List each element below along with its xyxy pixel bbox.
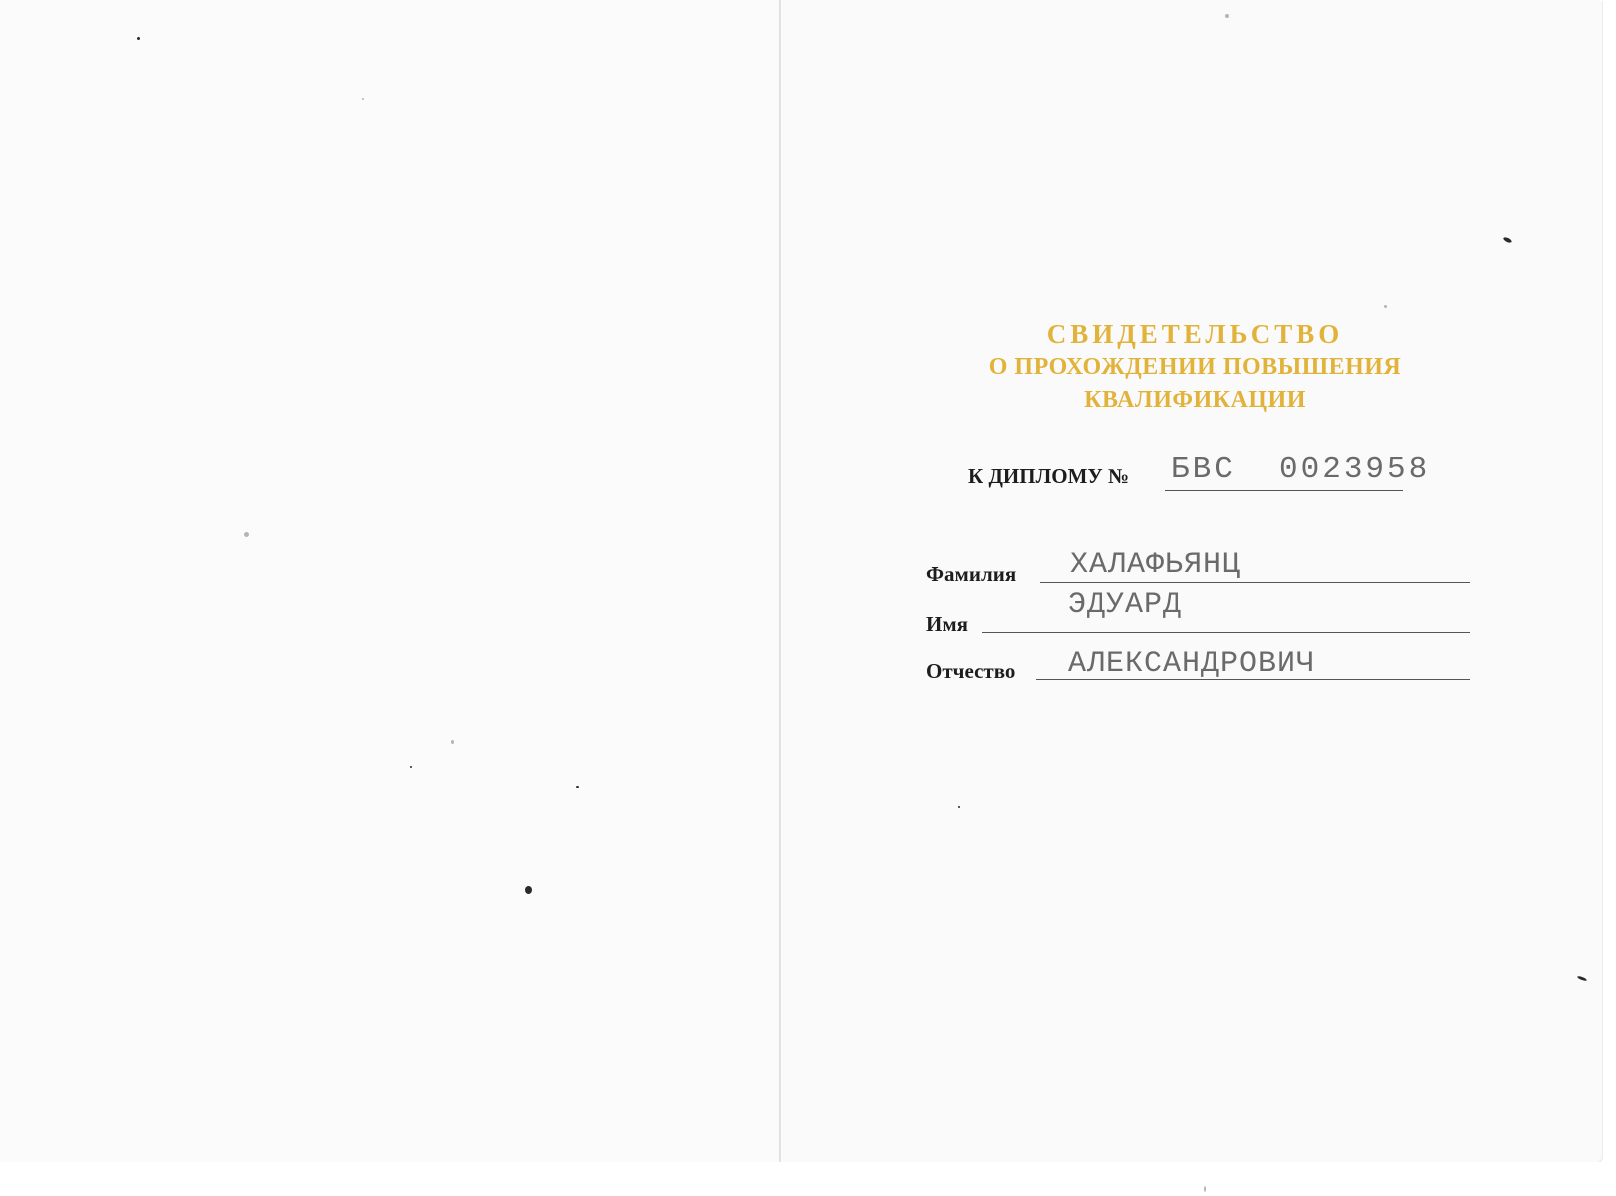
scanned-document: СВИДЕТЕЛЬСТВО О ПРОХОЖДЕНИИ ПОВЫШЕНИЯ КВ… <box>0 0 1616 1196</box>
dust-speck <box>244 532 249 537</box>
first-name-value: ЭДУАРД <box>1068 588 1182 622</box>
diploma-number-label: К ДИПЛОМУ № <box>968 464 1129 489</box>
diploma-number-value: БВС 0023958 <box>1171 452 1430 487</box>
dust-speck <box>525 886 532 894</box>
page-fold <box>779 0 781 1162</box>
dust-speck <box>1204 1186 1206 1192</box>
scanner-background <box>0 1162 1616 1196</box>
dust-speck <box>362 98 364 100</box>
left-page-blank <box>0 0 780 1162</box>
dust-speck <box>958 806 960 808</box>
patronymic-value: АЛЕКСАНДРОВИЧ <box>1068 647 1315 681</box>
surname-field: ХАЛАФЬЯНЦ <box>1040 548 1470 583</box>
surname-value: ХАЛАФЬЯНЦ <box>1070 548 1241 582</box>
first-name-label: Имя <box>926 612 968 637</box>
dust-speck <box>1384 305 1387 308</box>
certificate-title-line2: О ПРОХОЖДЕНИИ ПОВЫШЕНИЯ <box>900 351 1490 384</box>
patronymic-field: АЛЕКСАНДРОВИЧ <box>1036 645 1470 680</box>
surname-row: Фамилия ХАЛАФЬЯНЦ <box>926 548 1471 588</box>
dust-speck <box>137 37 140 40</box>
certificate-title-line1: СВИДЕТЕЛЬСТВО <box>900 318 1490 351</box>
first-name-row: Имя ЭДУАРД <box>926 598 1471 638</box>
certificate-title-line3: КВАЛИФИКАЦИИ <box>900 384 1490 417</box>
surname-label: Фамилия <box>926 562 1016 587</box>
first-name-field: ЭДУАРД <box>982 598 1470 633</box>
patronymic-row: Отчество АЛЕКСАНДРОВИЧ <box>926 645 1471 685</box>
dust-speck <box>410 766 412 768</box>
dust-speck <box>576 786 579 788</box>
patronymic-label: Отчество <box>926 659 1015 684</box>
dust-speck <box>451 740 454 744</box>
diploma-number-field: БВС 0023958 <box>1165 452 1403 491</box>
dust-speck <box>1225 14 1229 18</box>
certificate-title: СВИДЕТЕЛЬСТВО О ПРОХОЖДЕНИИ ПОВЫШЕНИЯ КВ… <box>900 318 1490 417</box>
